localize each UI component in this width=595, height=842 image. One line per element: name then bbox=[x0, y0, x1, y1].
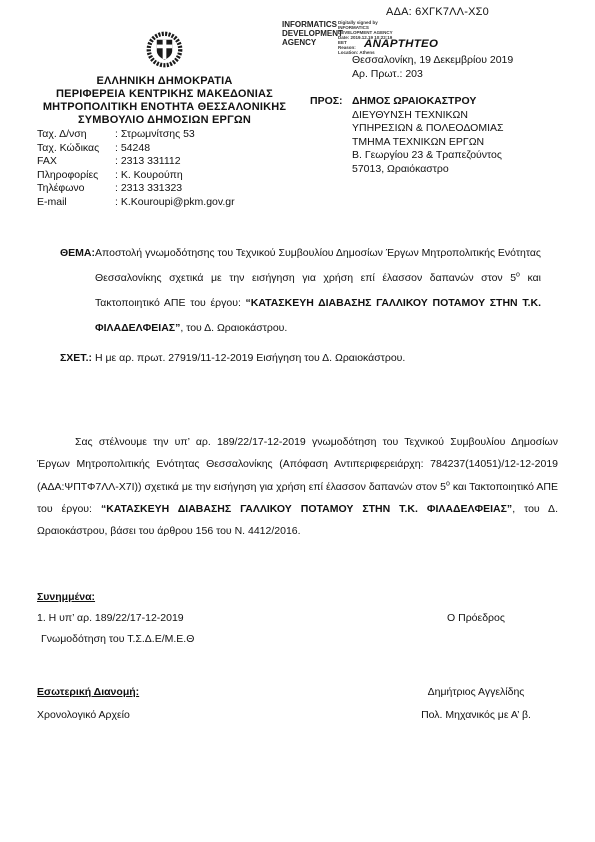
subject-section: ΘΕΜΑ: Αποστολή γνωμοδότησης του Τεχνικού… bbox=[60, 241, 541, 341]
contact-value: : 54248 bbox=[115, 142, 150, 156]
recipient-line: Β. Γεωργίου 23 & Τραπεζούντος bbox=[352, 149, 504, 163]
signer-role: Πολ. Μηχανικός με Α’ β. bbox=[395, 709, 557, 721]
contact-block: Ταχ. Δ/νση : Στρωμνίτσης 53 Ταχ. Κώδικας… bbox=[37, 128, 235, 210]
contact-value: : Κ. Κουρούπη bbox=[115, 169, 183, 183]
contact-label: FAX bbox=[37, 155, 115, 169]
subject-text: Αποστολή γνωμοδότησης του Τεχνικού Συμβο… bbox=[95, 241, 541, 341]
attachments-heading: Συνημμένα: bbox=[37, 591, 95, 603]
letterhead-line: ΠΕΡΙΦΕΡΕΙΑ ΚΕΝΤΡΙΚΗΣ ΜΑΚΕΔΟΝΙΑΣ bbox=[37, 88, 292, 101]
ada-code: ΑΔΑ: 6ΧΓΚ7ΛΛ-ΧΣ0 bbox=[330, 6, 545, 18]
reference-section: ΣΧΕΤ.: Η με αρ. πρωτ. 27919/11-12-2019 Ε… bbox=[60, 352, 560, 364]
recipient-address: ΔΗΜΟΣ ΩΡΑΙΟΚΑΣΤΡΟΥ ΔΙΕΥΘΥΝΣΗ ΤΕΧΝΙΚΩΝ ΥΠ… bbox=[352, 95, 504, 176]
contact-label: Ταχ. Κώδικας bbox=[37, 142, 115, 156]
letterhead-line: ΜΗΤΡΟΠΟΛΙΤΙΚΗ ΕΝΟΤΗΤΑ ΘΕΣΣΑΛΟΝΙΚΗΣ bbox=[37, 101, 292, 114]
subject-label: ΘΕΜΑ: bbox=[60, 241, 95, 266]
subject-text-part: Αποστολή γνωμοδότησης του Τεχνικού Συμβο… bbox=[95, 247, 541, 284]
internal-distribution-heading: Εσωτερική Διανομή: bbox=[37, 686, 139, 698]
contact-row: Πληροφορίες : Κ. Κουρούπη bbox=[37, 169, 235, 183]
contact-label: E-mail bbox=[37, 196, 115, 210]
subject-text-part: , του Δ. Ωραιοκάστρου. bbox=[180, 322, 287, 334]
contact-row: E-mail : K.Kouroupi@pkm.gov.gr bbox=[37, 196, 235, 210]
signer-title: Ο Πρόεδρος bbox=[395, 612, 557, 624]
letterhead-line: ΣΥΜΒΟΥΛΙΟ ΔΗΜΟΣΙΩΝ ΕΡΓΩΝ bbox=[37, 114, 292, 127]
letterhead: ΕΛΛΗΝΙΚΗ ΔΗΜΟΚΡΑΤΙΑ ΠΕΡΙΦΕΡΕΙΑ ΚΕΝΤΡΙΚΗΣ… bbox=[37, 31, 292, 127]
recipient-line: ΥΠΗΡΕΣΙΩΝ & ΠΟΛΕΟΔΟΜΙΑΣ bbox=[352, 122, 504, 136]
signer-name: Δημήτριος Αγγελίδης bbox=[395, 686, 557, 698]
place-date: Θεσσαλονίκη, 19 Δεκεμβρίου 2019 bbox=[352, 53, 513, 67]
reference-text: Η με αρ. πρωτ. 27919/11-12-2019 Εισήγηση… bbox=[95, 352, 560, 364]
recipient-block: ΠΡΟΣ: ΔΗΜΟΣ ΩΡΑΙΟΚΑΣΤΡΟΥ ΔΙΕΥΘΥΝΣΗ ΤΕΧΝΙ… bbox=[310, 95, 504, 176]
contact-label: Πληροφορίες bbox=[37, 169, 115, 183]
contact-value: : Στρωμνίτσης 53 bbox=[115, 128, 195, 142]
recipient-line: ΔΙΕΥΘΥΝΣΗ ΤΕΧΝΙΚΩΝ bbox=[352, 109, 504, 123]
contact-row: FAX : 2313 331112 bbox=[37, 155, 235, 169]
protocol-number: Αρ. Πρωτ.: 203 bbox=[352, 67, 513, 81]
body-paragraph: Σας στέλνουμε την υπ’ αρ. 189/22/17-12-2… bbox=[37, 431, 558, 542]
dateline: Θεσσαλονίκη, 19 Δεκεμβρίου 2019 Αρ. Πρωτ… bbox=[352, 53, 513, 81]
hellenic-republic-emblem-icon bbox=[146, 31, 183, 73]
contact-value: : 2313 331323 bbox=[115, 182, 182, 196]
recipient-label: ΠΡΟΣ: bbox=[310, 95, 352, 176]
contact-row: Ταχ. Κώδικας : 54248 bbox=[37, 142, 235, 156]
recipient-name: ΔΗΜΟΣ ΩΡΑΙΟΚΑΣΤΡΟΥ bbox=[352, 95, 504, 109]
body-project-title: “ΚΑΤΑΣΚΕΥΗ ΔΙΑΒΑΣΗΣ ΓΑΛΛΙΚΟΥ ΠΟΤΑΜΟΥ ΣΤΗ… bbox=[101, 503, 512, 515]
contact-email: : K.Kouroupi@pkm.gov.gr bbox=[115, 196, 235, 210]
attachment-item: 1. Η υπ’ αρ. 189/22/17-12-2019 bbox=[37, 612, 184, 624]
contact-value: : 2313 331112 bbox=[115, 155, 181, 169]
recipient-line: ΤΜΗΜΑ ΤΕΧΝΙΚΩΝ ΕΡΓΩΝ bbox=[352, 136, 504, 150]
recipient-line: 57013, Ωραιόκαστρο bbox=[352, 163, 504, 177]
attachment-item: Γνωμοδότηση του Τ.Σ.Δ.Ε/Μ.Ε.Θ bbox=[41, 633, 194, 645]
contact-label: Τηλέφωνο bbox=[37, 182, 115, 196]
anartiteo-stamp: ΑΝΑΡΤΗΤΕΟ bbox=[364, 38, 438, 50]
contact-row: Ταχ. Δ/νση : Στρωμνίτσης 53 bbox=[37, 128, 235, 142]
contact-row: Τηλέφωνο : 2313 331323 bbox=[37, 182, 235, 196]
contact-label: Ταχ. Δ/νση bbox=[37, 128, 115, 142]
document-page: ΑΔΑ: 6ΧΓΚ7ΛΛ-ΧΣ0 INFORMATICS DEVELOPMENT… bbox=[0, 0, 595, 842]
body-section: Σας στέλνουμε την υπ’ αρ. 189/22/17-12-2… bbox=[37, 431, 558, 542]
internal-distribution-item: Χρονολογικό Αρχείο bbox=[37, 709, 130, 721]
reference-label: ΣΧΕΤ.: bbox=[60, 352, 92, 364]
letterhead-line: ΕΛΛΗΝΙΚΗ ΔΗΜΟΚΡΑΤΙΑ bbox=[37, 75, 292, 88]
